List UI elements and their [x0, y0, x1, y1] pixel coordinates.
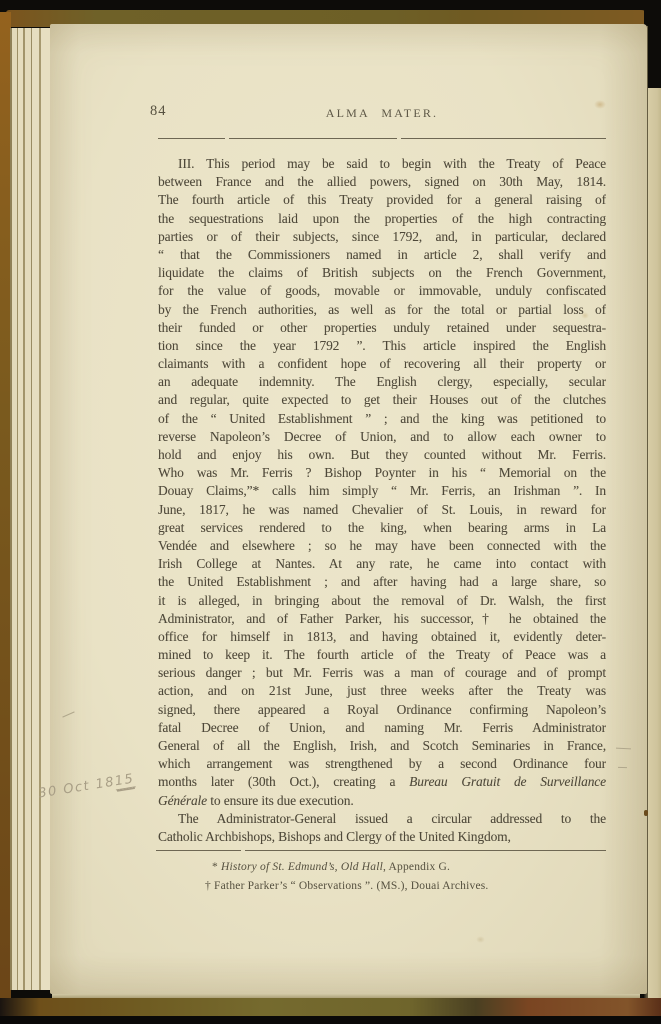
text-line: serious danger ; but Mr. Ferris was a ma…: [158, 664, 606, 682]
background-strip: [0, 1016, 661, 1024]
book-page: 84 ALMA MATER. III. This period may be s…: [50, 24, 647, 994]
text-line: hold and enjoy his own. But they counted…: [158, 446, 606, 464]
text-line: reverse Napoleon’s Decree of Union, and …: [158, 428, 606, 446]
text-line: Who was Mr. Ferris ? Bishop Poynter in h…: [158, 464, 606, 482]
text-line: June, 1817, he was named Chevalier of St…: [158, 501, 606, 519]
text-line: the sequestrations laid upon the propert…: [158, 210, 606, 228]
text-line: claimants with a confident hope of recov…: [158, 355, 606, 373]
text-line: Vendée and elsewhere ; so he may have be…: [158, 537, 606, 555]
running-head: ALMA MATER.: [158, 106, 606, 121]
scanned-book-photo: 84 ALMA MATER. III. This period may be s…: [0, 0, 661, 1024]
text-line: action, and on 21st June, just three wee…: [158, 682, 606, 700]
italic-phrase: Bureau Gratuit de Surveillance: [409, 774, 606, 789]
page-edge-stack: [41, 28, 50, 990]
text-line: office for himself in 1813, and having o…: [158, 628, 606, 646]
text-line: Administrator, and of Father Parker, his…: [158, 610, 606, 628]
text-line: liquidate the claims of British subjects…: [158, 264, 606, 282]
book-cover-bottom-edge: [0, 998, 661, 1018]
ink-speck: [644, 810, 648, 816]
text-line: signed, there appeared a Royal Ordinance…: [158, 701, 606, 719]
facing-page-edge: [648, 88, 661, 1000]
text-line: great services rendered to the king, whe…: [158, 519, 606, 537]
body-text: III. This period may be said to begin wi…: [158, 155, 606, 846]
foxing-spot: [476, 936, 485, 943]
page-edge-stack: [32, 28, 39, 990]
text-line: General of all the English, Irish, and S…: [158, 737, 606, 755]
italic-title: History of St. Edmund’s, Old Hall: [221, 861, 383, 873]
underlined-digits: 15: [114, 772, 136, 791]
foxing-spot: [581, 312, 589, 319]
text-line: their funded or other properties unduly …: [158, 319, 606, 337]
italic-phrase: Générale: [158, 793, 207, 808]
text-line: Douay Claims,”* calls him simply “ Mr. F…: [158, 482, 606, 500]
text-line: mined to keep it. The fourth article of …: [158, 646, 606, 664]
text-line: The Administrator-General issued a circu…: [158, 810, 606, 828]
text-line: The fourth article of this Treaty provid…: [158, 191, 606, 209]
footnote-1: * History of St. Edmund’s, Old Hall, App…: [158, 858, 606, 877]
footnote-2: † Father Parker’s “ Observations ”. (MS.…: [158, 877, 606, 896]
text-line: between France and the allied powers, si…: [158, 173, 606, 191]
text-line: “ that the Commissioners named in articl…: [158, 246, 606, 264]
text-line: for the value of goods, movable or immov…: [158, 282, 606, 300]
text-line: by the French authorities, as well as fo…: [158, 301, 606, 319]
text-line: which arrangement was strengthened by a …: [158, 755, 606, 773]
text-line: tion since the year 1792 ”. This article…: [158, 337, 606, 355]
text-line: and regular, quite expected to get their…: [158, 391, 606, 409]
text-line: Générale to ensure its due execution.: [158, 792, 606, 810]
text-line: parties or of their subjects, since 1792…: [158, 228, 606, 246]
foxing-spot: [594, 100, 606, 109]
text-line: months later (30th Oct.), creating a Bur…: [158, 773, 606, 791]
text-line: fatal Decree of Union, and naming Mr. Fe…: [158, 719, 606, 737]
text-line: the United Establishment ; and after hav…: [158, 573, 606, 591]
text-line: it is alleged, in bringing about the rem…: [158, 592, 606, 610]
text-line: of the “ United Establishment ” ; and th…: [158, 410, 606, 428]
footnotes: * History of St. Edmund’s, Old Hall, App…: [158, 858, 606, 895]
footnote-rule: [156, 850, 606, 851]
text-line: an adequate indemnity. The English clerg…: [158, 373, 606, 391]
text-line: III. This period may be said to begin wi…: [158, 155, 606, 173]
text-line: Irish College at Nantes. At any rate, he…: [158, 555, 606, 573]
text-line: Catholic Archbishops, Bishops and Clergy…: [158, 828, 606, 846]
header-rule: [158, 138, 606, 139]
